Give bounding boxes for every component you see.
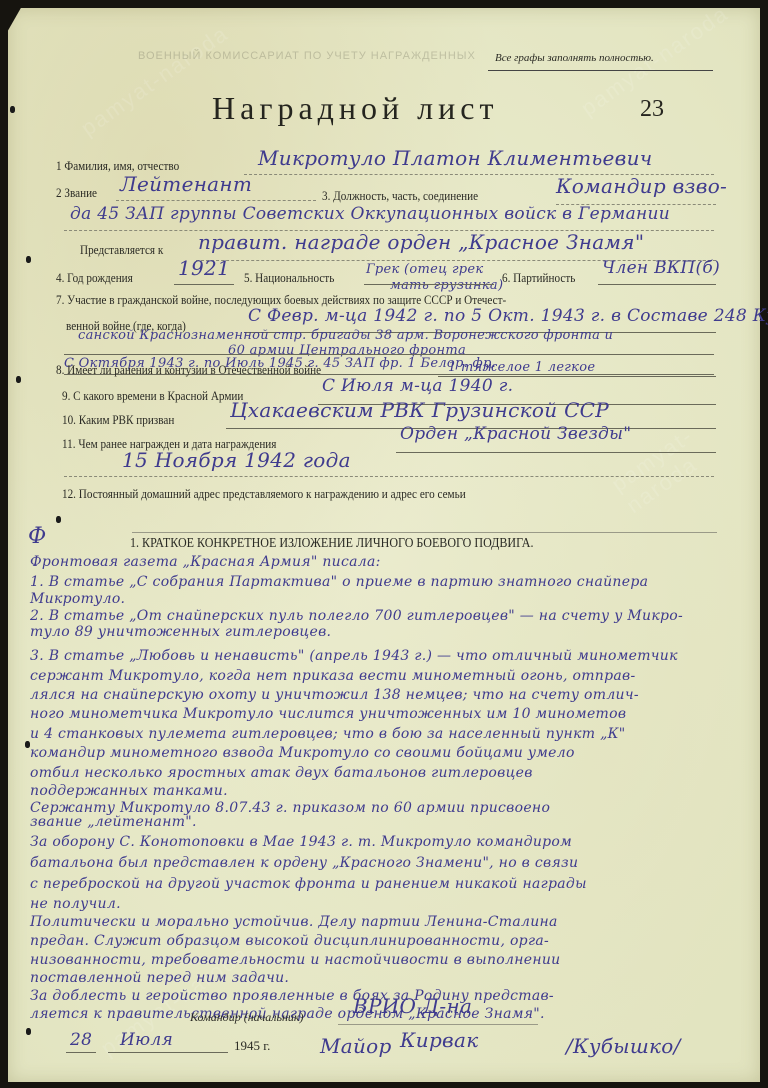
sheet-number: 23: [640, 96, 664, 123]
field-4-line: [174, 284, 234, 285]
punch-mark: [16, 376, 21, 383]
field-11-line2: [64, 476, 714, 477]
narrative-line: с переброской на другой участок фронта и…: [30, 876, 587, 892]
narrative-line: поддержанных танками.: [30, 783, 228, 799]
field-10-label: 10. Каким РВК призван: [62, 412, 174, 428]
section-marker: Ф: [28, 524, 47, 549]
punch-mark: [26, 256, 31, 263]
date-month-line: [108, 1052, 228, 1053]
narrative-line: Политически и морально устойчив. Делу па…: [30, 914, 558, 930]
field-6-label: 6. Партийность: [502, 270, 575, 286]
field-3-label: 3. Должность, часть, соединение: [322, 188, 478, 204]
field-7-combat-line1: С Февр. м-ца 1942 г. по 5 Окт. 1943 г. в…: [248, 306, 768, 326]
punch-mark: [56, 516, 61, 523]
field-11-prior-award: Орден „Красной Звезды": [400, 424, 631, 444]
watermark: pamyat-naroda: [76, 20, 233, 141]
narrative-line: 3. В статье „Любовь и ненависть" (апрель…: [30, 648, 678, 664]
field-6-line: [598, 284, 716, 285]
narrative-line: туло 89 уничтоженных гитлеровцев.: [30, 624, 331, 640]
field-5-label: 5. Национальность: [244, 270, 334, 286]
field-7-line2: [64, 354, 714, 355]
field-4-birth-year: 1921: [178, 256, 230, 280]
narrative-line: лялся на снайперскую охоту и уничтожил 1…: [30, 687, 639, 703]
document-title: Наградной лист: [212, 90, 498, 127]
narrative-line: ного минометчика Микротуло числится унич…: [30, 706, 626, 722]
narrative-line: сержант Микротуло, когда нет приказа вес…: [30, 668, 635, 684]
commander-line: [338, 1024, 538, 1025]
narrative-line: поставленной перед ним задачи.: [30, 970, 289, 986]
narrative-line: За доблесть и геройство проявленные в бо…: [30, 988, 554, 1004]
field-5-nationality-line1: Грек (отец грек: [366, 262, 484, 277]
commander-label: Командир (начальник): [190, 1010, 304, 1025]
field-3-position-line2: да 45 ЗАП группы Советских Оккупационных…: [70, 204, 670, 224]
folded-corner: [6, 6, 22, 34]
presented-award: правит. награде орден „Красное Знамя": [198, 230, 644, 254]
narrative-line: не получил.: [30, 896, 121, 912]
section-title: 1. КРАТКОЕ КОНКРЕТНОЕ ИЗЛОЖЕНИЕ ЛИЧНОГО …: [130, 536, 533, 552]
field-6-party: Член ВКП(б): [602, 258, 720, 278]
field-11-line1: [396, 452, 716, 453]
field-9-service-since: С Июля м-ца 1940 г.: [322, 376, 513, 396]
field-4-label: 4. Год рождения: [56, 270, 133, 286]
narrative-line: командир минометного взвода Микротуло со…: [30, 745, 575, 761]
fill-all-fields-notice: Все графы заполнять полностью.: [495, 52, 654, 64]
narrative-line: звание „лейтенант".: [30, 814, 197, 830]
signature-scrawl: Кирвак: [400, 1028, 478, 1052]
date-month: Июля: [120, 1030, 173, 1050]
narrative-line: отбил несколько яростных атак двух батал…: [30, 765, 533, 781]
field-10-draft-office: Цхакаевским РВК Грузинской ССР: [230, 398, 609, 422]
watermark: pamyat-naroda: [607, 389, 761, 519]
narrative-line: и 4 станковых пулемета гитлеровцев; что …: [30, 726, 626, 742]
presented-label: Представляется к: [80, 242, 163, 258]
narrative-line: батальона был представлен к ордену „Крас…: [30, 855, 578, 871]
narrative-line: 1. В статье „С собрания Партактива" о пр…: [30, 574, 648, 590]
date-day: 28: [70, 1030, 92, 1050]
notice-underline: [488, 70, 713, 71]
narrative-line: Фронтовая газета „Красная Армия" писала:: [30, 554, 381, 570]
field-2-label: 2 Звание: [56, 185, 97, 201]
punch-mark: [26, 1028, 31, 1035]
commander-title: ВРИО Д-на: [353, 994, 472, 1018]
field-5-line: [364, 284, 494, 285]
date-day-line: [66, 1052, 96, 1053]
section-top-rule: [132, 532, 717, 533]
field-5-nationality-line2: мать грузинка): [390, 278, 503, 293]
date-year: 1945 г.: [234, 1038, 270, 1054]
narrative-line: 2. В статье „От снайперских пуль полегло…: [30, 608, 683, 624]
narrative-line: За оборону С. Конотоповки в Мае 1943 г. …: [30, 834, 572, 850]
field-2-rank: Лейтенант: [120, 172, 252, 196]
field-2-line: [116, 200, 316, 201]
faint-header-stamp: ВОЕННЫЙ КОМИССАРИАТ ПО УЧЕТУ НАГРАЖДЕННЫ…: [138, 50, 476, 62]
award-sheet-page: pamyat-naroda pamyat-naroda pamyat-narod…: [8, 8, 760, 1082]
narrative-line: Микротуло.: [30, 591, 125, 607]
field-11-award-date: 15 Ноября 1942 года: [122, 448, 351, 472]
punch-mark: [10, 106, 15, 113]
field-8-wounds: 1 тяжелое 1 легкое: [448, 360, 595, 375]
field-8-label: 8. Имеет ли ранения и контузии в Отечест…: [56, 362, 321, 378]
field-3-position-line1: Командир взво-: [556, 174, 727, 198]
field-9-label: 9. С какого времени в Красной Армии: [62, 388, 243, 404]
field-1-full-name: Микротуло Платон Климентьевич: [258, 146, 653, 170]
field-12-label: 12. Постоянный домашний адрес представля…: [62, 486, 466, 502]
narrative-line: низованности, требовательности и настойч…: [30, 952, 560, 968]
field-7-combat-line2: санской Краснознаменной стр. бригады 38 …: [78, 328, 613, 343]
signer-name: /Кубышко/: [566, 1034, 681, 1058]
signer-rank: Майор: [320, 1034, 392, 1058]
narrative-line: предан. Служит образцом высокой дисципли…: [30, 933, 549, 949]
